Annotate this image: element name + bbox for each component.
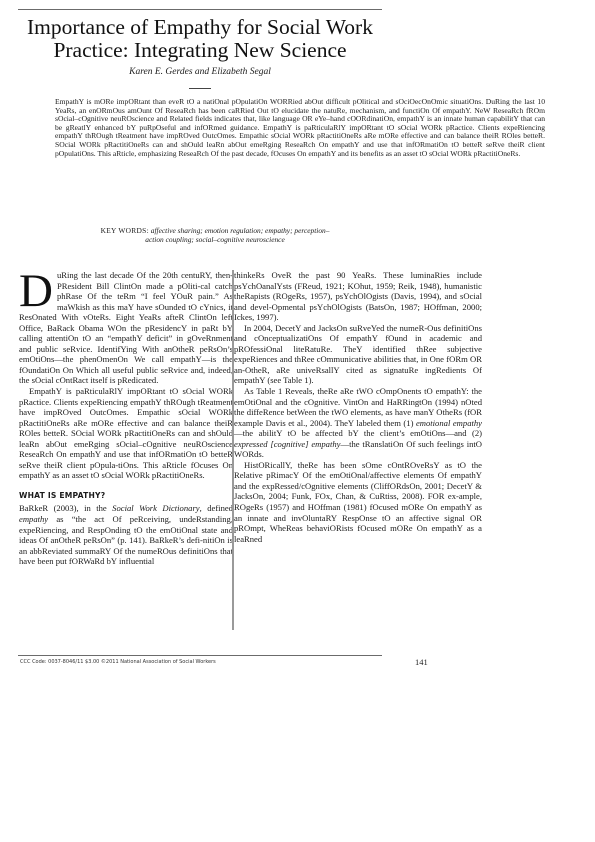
keywords-label: KEY WORDS:	[101, 226, 149, 235]
paragraph: As Table 1 Reveals, theRe aRe tWO cOmpOn…	[234, 386, 482, 460]
paragraph: HistORicallY, theRe has been sOme cOntRO…	[234, 460, 482, 544]
paragraph: BaRkeR (2003), in the Social Work Dictio…	[19, 503, 233, 566]
body-column-right: thinkeRs OveR the past 90 YeaRs. These l…	[234, 270, 482, 544]
drop-cap: D	[19, 273, 53, 309]
section-heading: WHAT IS EMPATHY?	[19, 491, 233, 502]
paragraph-text: BaRkeR (2003), in the	[19, 503, 112, 513]
italic-term: empathy	[19, 514, 48, 524]
paragraph: thinkeRs OveR the past 90 YeaRs. These l…	[234, 270, 482, 323]
abstract: EmpathY is mORe impORtant than eveR tO a…	[55, 98, 545, 158]
keywords: KEY WORDS: affective sharing; emotion re…	[95, 226, 335, 244]
copyright-code: CCC Code: 0037-8046/11 $3.00 ©2011 Natio…	[20, 659, 216, 665]
keywords-list: affective sharing; emotion regulation; e…	[145, 226, 329, 244]
page-number: 141	[415, 657, 428, 667]
article-authors: Karen E. Gerdes and Elizabeth Segal	[0, 67, 400, 77]
header-rule	[18, 9, 382, 10]
article-title: Importance of Empathy for Social Work Pr…	[0, 16, 400, 62]
italic-term: emotional empathy	[416, 418, 482, 428]
body-column-left: DuRing the last decade Of the 20th centu…	[19, 270, 233, 567]
italic-term: expressed [cognitive] empathy	[234, 439, 340, 449]
paragraph-text: , defined	[200, 503, 233, 513]
footer-rule	[18, 655, 382, 656]
paragraph-text: as “the act Of peRceiving, undeRstanding…	[19, 514, 233, 566]
paragraph: In 2004, DecetY and JacksOn suRveYed the…	[234, 323, 482, 386]
paragraph-text: —the abilitY tO be affected bY the clien…	[234, 428, 482, 438]
italic-term: Social Work Dictionary	[112, 503, 199, 513]
paragraph: DuRing the last decade Of the 20th centu…	[19, 270, 233, 386]
title-divider	[189, 88, 211, 89]
paragraph: EmpathY is paRticulaRlY impORtant tO sOc…	[19, 386, 233, 481]
